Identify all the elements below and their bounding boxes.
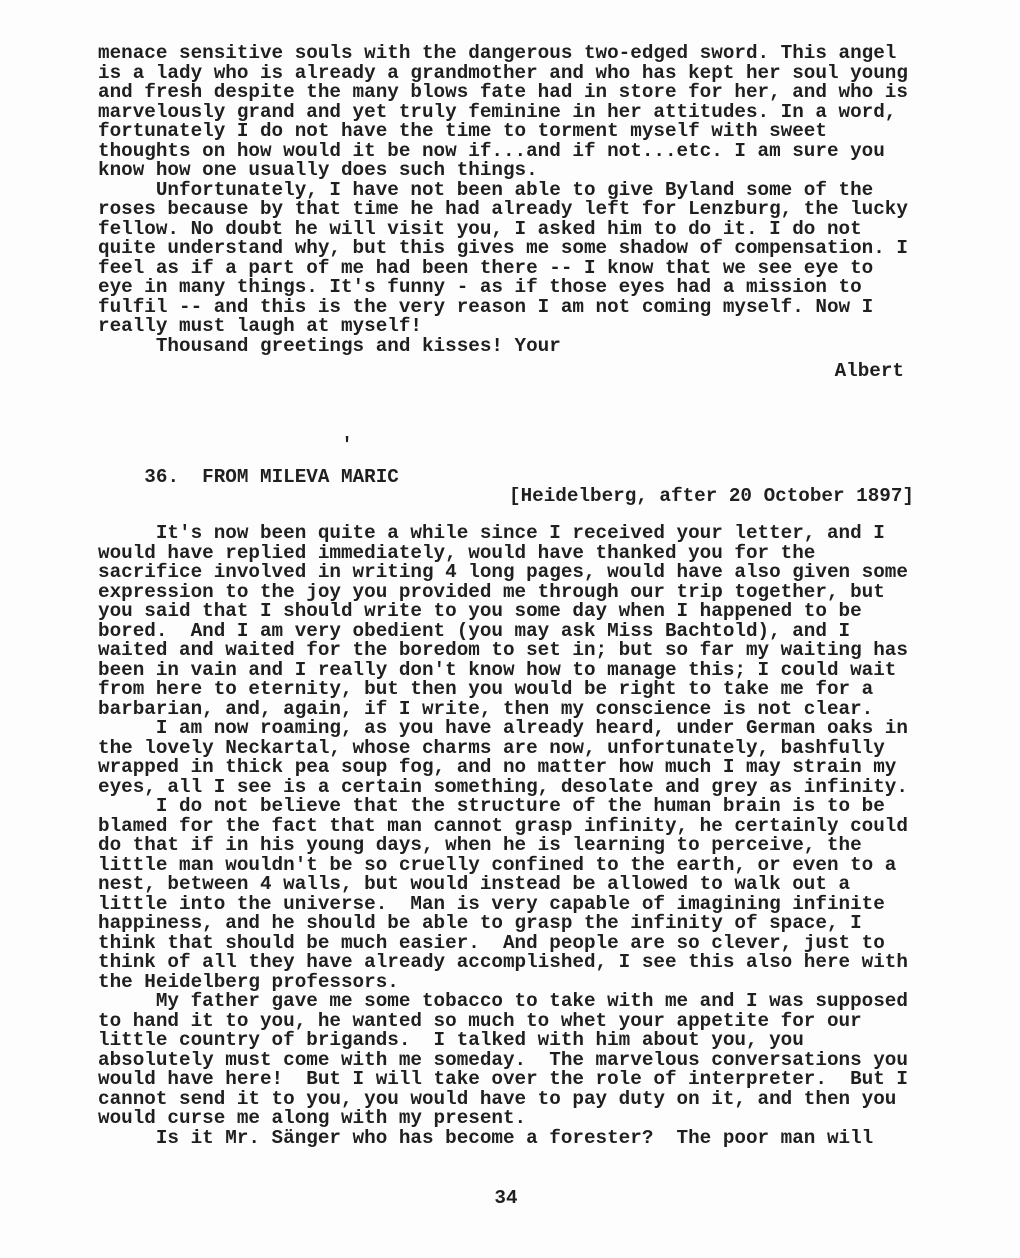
letter-35-section: menace sensitive souls with the dangerou…: [98, 44, 914, 382]
letter-35-signature: Albert: [98, 362, 914, 382]
letter-36-dateline: [Heidelberg, after 20 October 1897]: [98, 487, 914, 507]
scanned-letter-page: menace sensitive souls with the dangerou…: [0, 0, 1020, 1258]
letter-36-heading-text: 36. FROM MILEVA MARIC: [144, 466, 399, 488]
letter-36-heading-accent-mark: ': [341, 436, 353, 456]
page-number: 34: [98, 1189, 914, 1209]
letter-35-body-text: menace sensitive souls with the dangerou…: [98, 44, 914, 356]
letter-36-body-text: It's now been quite a while since I rece…: [98, 524, 914, 1148]
